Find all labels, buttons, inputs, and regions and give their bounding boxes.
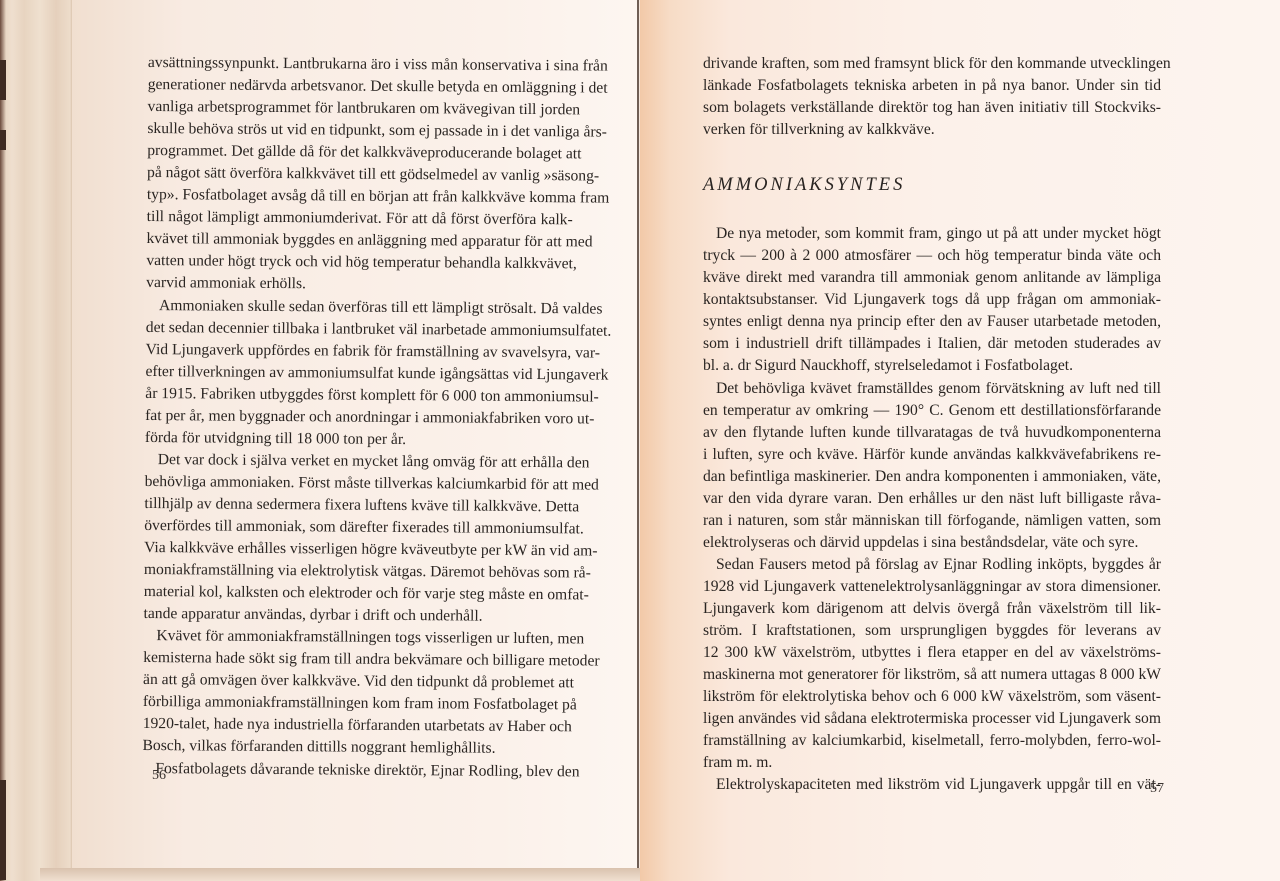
text-line: i luften, syre och kväve. Härför kunde a… xyxy=(703,444,1161,466)
text-line: fat per år, men byggnader och anordninga… xyxy=(145,405,571,430)
text-line: av den flytande luften kunde tillvaratag… xyxy=(703,422,1161,444)
bottom-cover-edge xyxy=(40,868,640,881)
text-line: ligen användes vid sådana elektrotermisk… xyxy=(703,708,1161,730)
text-line: tryck — 200 à 2 000 atmosfärer — och hög… xyxy=(703,245,1161,267)
text-line: 12 300 kW växelström, utbyttes i flera e… xyxy=(703,642,1161,664)
text-line: verken för tillverkning av kalkkväve. xyxy=(703,119,1161,141)
text-line: De nya metoder, som kommit fram, gingo u… xyxy=(703,223,1161,245)
text-line: länkade Fosfatbolagets tekniska arbeten … xyxy=(703,75,1161,97)
text-line: år 1915. Fabriken utbyggdes först komple… xyxy=(145,383,571,408)
text-line: bl. a. dr Sigurd Nauckhoff, styrelseleda… xyxy=(703,355,1161,377)
paragraph: De nya metoder, som kommit fram, gingo u… xyxy=(703,223,1161,377)
text-line: ström. I kraftstationen, som ursprunglig… xyxy=(703,620,1161,642)
paragraph: Elektrolyskapaciteten med likström vid L… xyxy=(703,774,1161,796)
text-line: behövliga ammoniaken. Först måste tillve… xyxy=(145,471,571,496)
text-line: Fosfatbolagets dåvarande tekniske direkt… xyxy=(142,757,568,782)
text-line: 1928 vid Ljungaverk vattenelektrolysanlä… xyxy=(703,576,1161,598)
text-line: elektrolyseras och därvid uppdelas i sin… xyxy=(703,532,1161,554)
shadow-mark xyxy=(0,60,6,100)
paragraph: Ammoniaken skulle sedan överföras till e… xyxy=(145,295,572,453)
text-line: en temperatur av omkring — 190° C. Genom… xyxy=(703,400,1161,422)
shadow-mark xyxy=(0,130,6,150)
page-number-left: 56 xyxy=(152,768,166,784)
text-line: likström för elektrolytiska behov och 6 … xyxy=(703,686,1161,708)
text-line: förda för utvidgning till 18 000 ton per… xyxy=(145,427,571,452)
text-line: var den vida dyrare varan. Den erhålles … xyxy=(703,488,1161,510)
intro-paragraph: drivande kraften, som med framsynt blick… xyxy=(703,53,1161,141)
paragraph: Det behövliga kvävet framställdes genom … xyxy=(703,378,1161,554)
text-line: kontaktsubstanser. Vid Ljungaverk togs d… xyxy=(703,289,1161,311)
text-line: det sedan decennier tillbaka i lantbruke… xyxy=(146,317,572,342)
right-page-body: drivande kraften, som med framsynt blick… xyxy=(703,53,1161,796)
text-line: maskinerna mot generatorer för likström,… xyxy=(703,664,1161,686)
paragraph: Fosfatbolagets dåvarande tekniske direkt… xyxy=(142,757,568,782)
text-line: Det behövliga kvävet framställdes genom … xyxy=(703,378,1161,400)
text-line: dan befintliga maskinerier. Den andra ko… xyxy=(703,466,1161,488)
text-line: kväve direkt med varandra till ammoniak … xyxy=(703,267,1161,289)
text-line: Elektrolyskapaciteten med likström vid L… xyxy=(703,774,1161,796)
text-line: fram m. m. xyxy=(703,752,1161,774)
paragraph: Sedan Fausers metod på förslag av Ejnar … xyxy=(703,554,1161,774)
page-number-right: 57 xyxy=(1150,781,1164,797)
left-page-body: avsättningssynpunkt. Lantbrukarna äro i … xyxy=(142,52,574,783)
text-line: Vid Ljungaverk uppfördes en fabrik för f… xyxy=(146,339,572,364)
text-line: Ljungaverk kom därigenom att delvis över… xyxy=(703,598,1161,620)
text-line: ran i naturen, som står människan till f… xyxy=(703,510,1161,532)
text-line: efter tillverkningen av ammoniumsulfat k… xyxy=(145,361,571,386)
paragraph: Det var dock i själva verket en mycket l… xyxy=(143,449,570,629)
shadow-mark xyxy=(0,780,6,880)
text-line: Bosch, vilkas förfaranden dittills noggr… xyxy=(142,735,568,760)
paragraph: Kvävet för ammoniakframställningen togs … xyxy=(142,625,569,761)
text-line: som i industriell drift tillämpades i It… xyxy=(703,333,1161,355)
book-gutter xyxy=(637,0,639,881)
text-line: drivande kraften, som med framsynt blick… xyxy=(703,53,1161,75)
text-line: Sedan Fausers metod på förslag av Ejnar … xyxy=(703,554,1161,576)
text-line: som bolagets verkställande direktör tog … xyxy=(703,97,1161,119)
section-heading: AMMONIAKSYNTES xyxy=(703,174,1161,198)
text-line: varvid ammoniak erhölls. xyxy=(146,272,572,297)
text-line: Ammoniaken skulle sedan överföras till e… xyxy=(146,295,572,320)
section-body: De nya metoder, som kommit fram, gingo u… xyxy=(703,223,1161,796)
text-line: syntes enligt denna nya princip efter de… xyxy=(703,311,1161,333)
paragraph: avsättningssynpunkt. Lantbrukarna äro i … xyxy=(146,52,574,298)
page-edge-stack xyxy=(0,0,72,881)
book-spread: avsättningssynpunkt. Lantbrukarna äro i … xyxy=(0,0,1280,881)
text-line: Det var dock i själva verket en mycket l… xyxy=(145,449,571,474)
text-line: framställning av kalciumkarbid, kiselmet… xyxy=(703,730,1161,752)
